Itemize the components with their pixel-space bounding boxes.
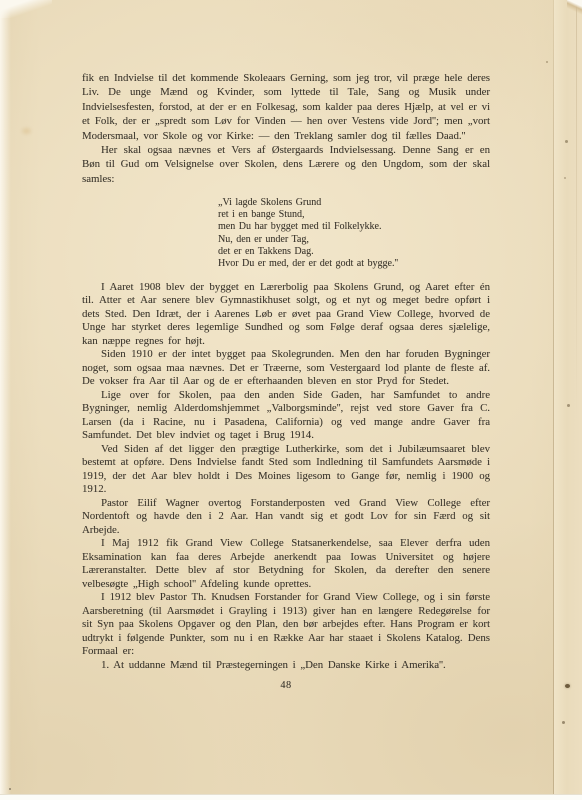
paragraph-2: Her skal ogsaa nævnes et Vers af Østerga… — [82, 143, 490, 186]
paragraph-1: fik en Indvielse til det kommende Skolea… — [82, 71, 490, 143]
paper-speck — [546, 61, 548, 63]
verse-line: men Du har bygget med til Folkelykke. — [218, 221, 490, 233]
page-edge-faint-line — [576, 0, 577, 420]
paper-sheet: fik en Indvielse til det kommende Skolea… — [0, 0, 582, 800]
paper-speck — [564, 177, 566, 179]
paragraph-6: Ved Siden af det ligger den prægtige Lut… — [82, 443, 490, 497]
paper-speck — [565, 684, 570, 688]
paper-speck — [567, 404, 570, 407]
page-under-edge-strip — [554, 0, 582, 795]
paragraph-8: I Maj 1912 fik Grand View College Statsa… — [82, 537, 490, 591]
page-number: 48 — [82, 679, 490, 693]
page-edge-line — [553, 0, 554, 795]
verse-line: ret i en bange Stund, — [218, 209, 490, 221]
paragraph-9: I 1912 blev Pastor Th. Knudsen Forstande… — [82, 591, 490, 659]
paragraph-3: I Aaret 1908 blev der bygget en Lærerbol… — [82, 281, 490, 349]
page-corner-curl-top-right — [567, 0, 582, 22]
verse-line: „Vi lagde Skolens Grund — [218, 197, 490, 209]
paragraph-7: Pastor Eilif Wagner overtog Forstanderpo… — [82, 497, 490, 538]
scanned-book-page: fik en Indvielse til det kommende Skolea… — [0, 0, 582, 800]
verse-line: Hvor Du er med, der er det godt at bygge… — [218, 258, 490, 270]
paper-speck — [565, 140, 568, 143]
page-corner-curl-top-left — [0, 0, 52, 18]
paragraph-4: Siden 1910 er der intet bygget paa Skole… — [82, 348, 490, 389]
verse-block: „Vi lagde Skolens Grund ret i en bange S… — [218, 197, 490, 270]
verse-line: Nu, den er under Tag, — [218, 234, 490, 246]
paper-speck — [562, 721, 565, 724]
page-text-block: fik en Indvielse til det kommende Skolea… — [82, 71, 490, 693]
verse-line: det er en Takkens Dag. — [218, 246, 490, 258]
paper-stain — [20, 126, 33, 136]
numbered-item-1: 1. At uddanne Mænd til Præstegerningen i… — [82, 659, 490, 673]
page-left-edge-highlight — [0, 0, 11, 800]
scan-bottom-edge — [0, 794, 582, 800]
paragraph-5: Lige over for Skolen, paa den anden Side… — [82, 389, 490, 443]
paper-speck — [9, 788, 11, 790]
